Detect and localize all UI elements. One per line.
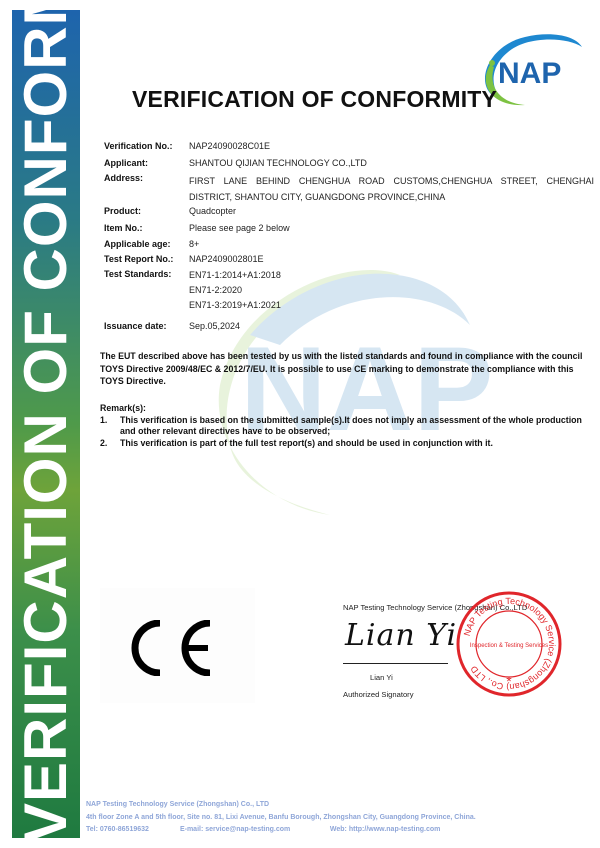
handwritten-signature: Lian Yi — [345, 618, 457, 653]
svg-text:Inspection & Testing Services: Inspection & Testing Services — [470, 643, 548, 649]
page-title: VERIFICATION OF CONFORMITY — [132, 86, 497, 113]
signatory-name: Lian Yi — [370, 673, 393, 682]
field-test-report-no: Test Report No.: NAP2409002801E — [104, 254, 264, 264]
svg-text:*: * — [506, 673, 512, 689]
field-item-no: Item No.: Please see page 2 below — [104, 223, 290, 233]
field-product: Product: Quadcopter — [104, 206, 236, 216]
remark-item: 1. This verification is based on the sub… — [100, 415, 590, 438]
field-test-standards: Test Standards: EN71-1:2014+A1:2018 EN71… — [104, 269, 281, 313]
footer-address: 4th floor Zone A and 5th floor, Site no.… — [86, 812, 476, 825]
company-seal-icon: NAP Testing Technology Service (Zhongsha… — [455, 590, 563, 698]
field-address: Address: FIRST LANE BEHIND CHENGHUA ROAD… — [104, 173, 594, 205]
compliance-statement: The EUT described above has been tested … — [100, 350, 590, 388]
remark-item: 2. This verification is part of the full… — [100, 438, 590, 450]
ce-mark-icon — [120, 620, 215, 676]
sidebar-banner: VERIFICATION OF CONFORMITY — [12, 10, 80, 838]
remarks-title: Remark(s): — [100, 403, 590, 415]
field-applicable-age: Applicable age: 8+ — [104, 239, 199, 249]
remarks: Remark(s): 1. This verification is based… — [100, 403, 590, 449]
sidebar-title: VERIFICATION OF CONFORMITY — [12, 15, 80, 843]
field-issuance-date: Issuance date: Sep.05,2024 — [104, 321, 240, 331]
footer: NAP Testing Technology Service (Zhongsha… — [86, 799, 476, 837]
footer-web[interactable]: Web: http://www.nap-testing.com — [330, 824, 440, 837]
signature-line — [343, 663, 448, 664]
footer-email[interactable]: E-mail: service@nap-testing.com — [180, 824, 328, 837]
signatory-role: Authorized Signatory — [343, 690, 414, 699]
footer-tel: Tel: 0760-86519632 — [86, 824, 171, 837]
field-applicant: Applicant: SHANTOU QIJIAN TECHNOLOGY CO.… — [104, 158, 367, 168]
svg-text:NAP: NAP — [498, 57, 561, 90]
field-verification-no: Verification No.: NAP24090028C01E — [104, 141, 270, 151]
footer-company: NAP Testing Technology Service (Zhongsha… — [86, 799, 476, 812]
